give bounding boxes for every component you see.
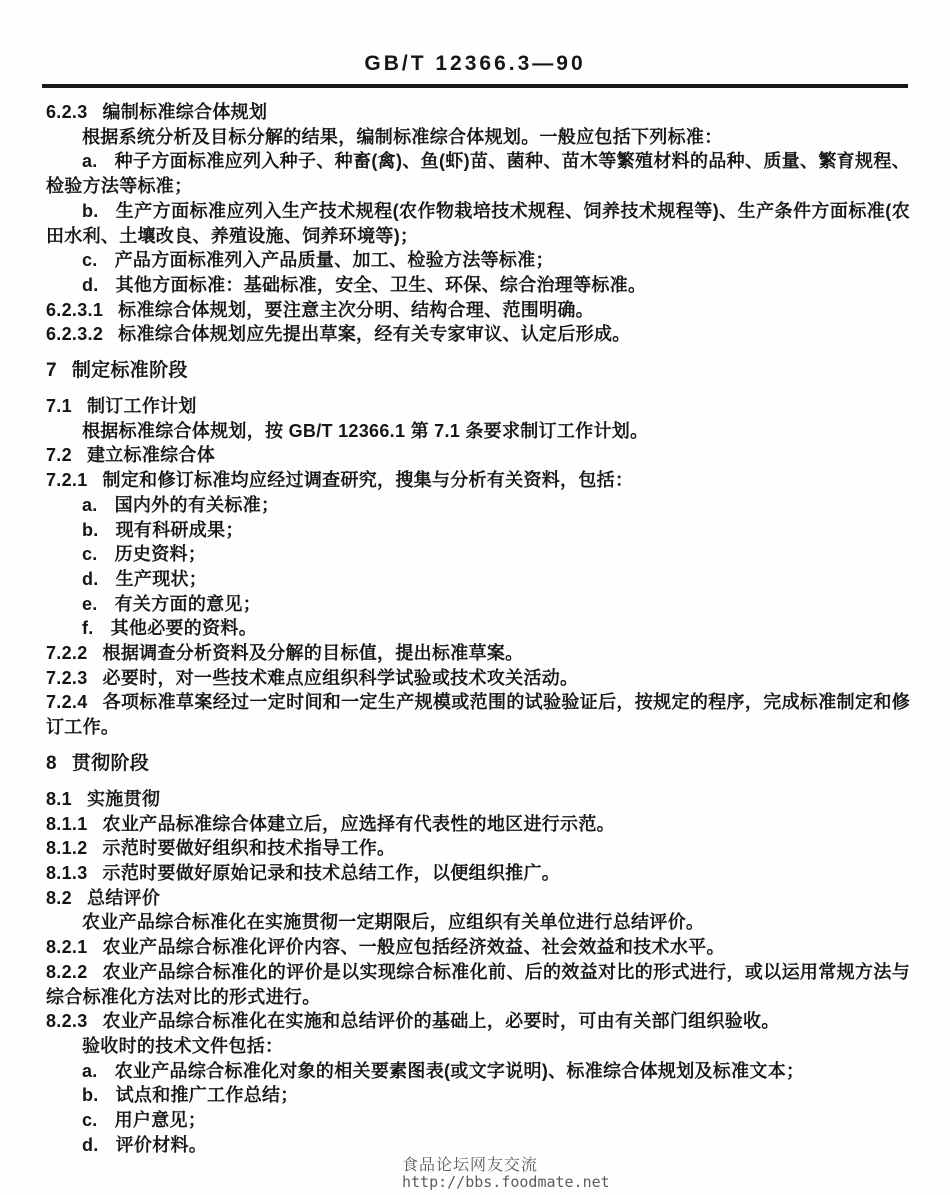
clause-title: 建立标准综合体 xyxy=(87,445,215,465)
list-item-text: 生产方面标准应列入生产技术规程(农作物栽培技术规程、饲养技术规程等)、生产条件方… xyxy=(46,201,910,246)
section-heading-number: 7 xyxy=(46,360,57,381)
list-item-label: d. xyxy=(82,569,99,589)
list-item: c.历史资料； xyxy=(46,542,910,567)
clause-number: 8.2.3 xyxy=(46,1011,88,1031)
watermark-site-name: 食品论坛网友交流 xyxy=(402,1157,610,1174)
clause-text: 必要时，对一些技术难点应组织科学试验或技术攻关活动。 xyxy=(103,668,579,688)
clause-text: 各项标准草案经过一定时间和一定生产规模或范围的试验验证后，按规定的程序，完成标准… xyxy=(46,692,910,737)
clause-text: 农业产品标准综合体建立后，应选择有代表性的地区进行示范。 xyxy=(103,814,615,834)
list-item: b.试点和推广工作总结； xyxy=(46,1083,910,1108)
clause-text: 示范时要做好原始记录和技术总结工作，以便组织推广。 xyxy=(103,863,561,883)
section-heading-title: 贯彻阶段 xyxy=(72,753,149,774)
list-item-label: a. xyxy=(82,1061,98,1081)
list-item: b.现有科研成果； xyxy=(46,518,910,543)
clause-paragraph: 7.2.3必要时，对一些技术难点应组织科学试验或技术攻关活动。 xyxy=(46,666,910,691)
clause-heading: 7.2建立标准综合体 xyxy=(46,443,910,468)
paragraph: 根据系统分析及目标分解的结果，编制标准综合体规划。一般应包括下列标准： xyxy=(46,125,910,150)
list-item-text: 生产现状； xyxy=(116,569,208,589)
clause-number: 8.2.2 xyxy=(46,962,88,982)
list-item-text: 用户意见； xyxy=(115,1110,207,1130)
list-item: c.产品方面标准列入产品质量、加工、检验方法等标准； xyxy=(46,248,910,273)
section-heading: 7制定标准阶段 xyxy=(46,358,910,383)
list-item: a.农业产品综合标准化对象的相关要素图表(或文字说明)、标准综合体规划及标准文本… xyxy=(46,1059,910,1084)
paragraph: 根据标准综合体规划，按 GB/T 12366.1 第 7.1 条要求制订工作计划… xyxy=(46,419,910,444)
list-item-label: a. xyxy=(82,495,98,515)
clause-paragraph: 8.1.3示范时要做好原始记录和技术总结工作，以便组织推广。 xyxy=(46,861,910,886)
clause-number: 7.2.4 xyxy=(46,692,88,712)
clause-number: 8.1.3 xyxy=(46,863,88,883)
list-item-text: 其他必要的资料。 xyxy=(111,618,257,638)
clause-number: 6.2.3.1 xyxy=(46,300,103,320)
clause-paragraph: 8.1.2示范时要做好组织和技术指导工作。 xyxy=(46,836,910,861)
list-item-text: 试点和推广工作总结； xyxy=(116,1085,299,1105)
paragraph: 农业产品综合标准化在实施贯彻一定期限后，应组织有关单位进行总结评价。 xyxy=(46,910,910,935)
list-item-text: 农业产品综合标准化对象的相关要素图表(或文字说明)、标准综合体规划及标准文本； xyxy=(115,1061,805,1081)
clause-paragraph: 7.2.2根据调查分析资料及分解的目标值，提出标准草案。 xyxy=(46,641,910,666)
clause-number: 6.2.3.2 xyxy=(46,324,103,344)
paragraph-text: 根据系统分析及目标分解的结果，编制标准综合体规划。一般应包括下列标准： xyxy=(82,127,723,147)
clause-heading: 8.2总结评价 xyxy=(46,886,910,911)
list-item-text: 种子方面标准应列入种子、种畜(禽)、鱼(虾)苗、菌种、苗木等繁殖材料的品种、质量… xyxy=(46,151,910,196)
list-item-text: 有关方面的意见； xyxy=(115,594,261,614)
list-item: a.国内外的有关标准； xyxy=(46,493,910,518)
list-item: b.生产方面标准应列入生产技术规程(农作物栽培技术规程、饲养技术规程等)、生产条… xyxy=(46,199,910,248)
section-heading-number: 8 xyxy=(46,753,57,774)
page-header: GB/T 12366.3—90 xyxy=(42,0,908,88)
list-item-label: c. xyxy=(82,250,98,270)
clause-paragraph: 7.2.4各项标准草案经过一定时间和一定生产规模或范围的试验验证后，按规定的程序… xyxy=(46,690,910,739)
watermark-url: http://bbs.foodmate.net xyxy=(402,1174,610,1190)
clause-title: 实施贯彻 xyxy=(87,789,160,809)
clause-number: 7.1 xyxy=(46,396,72,416)
clause-paragraph: 8.2.2农业产品综合标准化的评价是以实现综合标准化前、后的效益对比的形式进行，… xyxy=(46,960,910,1009)
clause-number: 8.2.1 xyxy=(46,937,88,957)
clause-number: 6.2.3 xyxy=(46,102,88,122)
paragraph-text: 验收时的技术文件包括： xyxy=(82,1036,283,1056)
clause-text: 标准综合体规划，要注意主次分明、结构合理、范围明确。 xyxy=(118,300,594,320)
standard-number: GB/T 12366.3—90 xyxy=(42,52,908,75)
list-item: f.其他必要的资料。 xyxy=(46,616,910,641)
section-heading: 8贯彻阶段 xyxy=(46,751,910,776)
watermark: 食品论坛网友交流 http://bbs.foodmate.net xyxy=(402,1157,610,1190)
clause-number: 8.2 xyxy=(46,888,72,908)
list-item-label: b. xyxy=(82,201,99,221)
list-item: d.评价材料。 xyxy=(46,1133,910,1158)
clause-text: 示范时要做好组织和技术指导工作。 xyxy=(103,838,396,858)
list-item-text: 其他方面标准：基础标准，安全、卫生、环保、综合治理等标准。 xyxy=(116,275,647,295)
list-item-text: 国内外的有关标准； xyxy=(115,495,280,515)
list-item-label: b. xyxy=(82,1085,99,1105)
clause-text: 标准综合体规划应先提出草案，经有关专家审议、认定后形成。 xyxy=(118,324,630,344)
list-item-label: d. xyxy=(82,275,99,295)
clause-title: 总结评价 xyxy=(87,888,160,908)
list-item-label: b. xyxy=(82,520,99,540)
clause-paragraph: 8.1.1农业产品标准综合体建立后，应选择有代表性的地区进行示范。 xyxy=(46,812,910,837)
list-item: e.有关方面的意见； xyxy=(46,592,910,617)
clause-paragraph: 6.2.3.2标准综合体规划应先提出草案，经有关专家审议、认定后形成。 xyxy=(46,322,910,347)
paragraph-text: 农业产品综合标准化在实施贯彻一定期限后，应组织有关单位进行总结评价。 xyxy=(82,912,704,932)
clause-text: 制定和修订标准均应经过调查研究，搜集与分析有关资料，包括： xyxy=(103,470,634,490)
list-item-label: f. xyxy=(82,618,94,638)
clause-text: 农业产品综合标准化的评价是以实现综合标准化前、后的效益对比的形式进行，或以运用常… xyxy=(46,962,910,1007)
list-item-label: d. xyxy=(82,1135,99,1155)
section-heading-title: 制定标准阶段 xyxy=(72,360,188,381)
document-page: GB/T 12366.3—90 6.2.3编制标准综合体规划根据系统分析及目标分… xyxy=(0,0,950,1195)
clause-title: 制订工作计划 xyxy=(87,396,197,416)
list-item-text: 历史资料； xyxy=(115,544,207,564)
document-body: 6.2.3编制标准综合体规划根据系统分析及目标分解的结果，编制标准综合体规划。一… xyxy=(46,88,910,1157)
clause-number: 8.1 xyxy=(46,789,72,809)
clause-number: 7.2.1 xyxy=(46,470,88,490)
clause-heading: 7.1制订工作计划 xyxy=(46,394,910,419)
clause-number: 7.2.3 xyxy=(46,668,88,688)
clause-number: 7.2 xyxy=(46,445,72,465)
clause-text: 农业产品综合标准化在实施和总结评价的基础上，必要时，可由有关部门组织验收。 xyxy=(103,1011,780,1031)
clause-paragraph: 7.2.1制定和修订标准均应经过调查研究，搜集与分析有关资料，包括： xyxy=(46,468,910,493)
list-item-label: c. xyxy=(82,544,98,564)
clause-paragraph: 6.2.3.1标准综合体规划，要注意主次分明、结构合理、范围明确。 xyxy=(46,298,910,323)
paragraph: 验收时的技术文件包括： xyxy=(46,1034,910,1059)
clause-text: 根据调查分析资料及分解的目标值，提出标准草案。 xyxy=(103,643,524,663)
list-item: d.其他方面标准：基础标准，安全、卫生、环保、综合治理等标准。 xyxy=(46,273,910,298)
list-item-text: 产品方面标准列入产品质量、加工、检验方法等标准； xyxy=(115,250,554,270)
clause-text: 农业产品综合标准化评价内容、一般应包括经济效益、社会效益和技术水平。 xyxy=(103,937,725,957)
clause-paragraph: 8.2.1农业产品综合标准化评价内容、一般应包括经济效益、社会效益和技术水平。 xyxy=(46,935,910,960)
list-item: c.用户意见； xyxy=(46,1108,910,1133)
list-item: a.种子方面标准应列入种子、种畜(禽)、鱼(虾)苗、菌种、苗木等繁殖材料的品种、… xyxy=(46,149,910,198)
clause-heading: 8.1实施贯彻 xyxy=(46,787,910,812)
list-item-label: e. xyxy=(82,594,98,614)
list-item: d.生产现状； xyxy=(46,567,910,592)
clause-paragraph: 8.2.3农业产品综合标准化在实施和总结评价的基础上，必要时，可由有关部门组织验… xyxy=(46,1009,910,1034)
list-item-text: 评价材料。 xyxy=(116,1135,208,1155)
clause-number: 8.1.1 xyxy=(46,814,88,834)
clause-number: 7.2.2 xyxy=(46,643,88,663)
list-item-text: 现有科研成果； xyxy=(116,520,244,540)
clause-heading: 6.2.3编制标准综合体规划 xyxy=(46,100,910,125)
list-item-label: c. xyxy=(82,1110,98,1130)
paragraph-text: 根据标准综合体规划，按 GB/T 12366.1 第 7.1 条要求制订工作计划… xyxy=(82,421,648,441)
list-item-label: a. xyxy=(82,151,98,171)
clause-title: 编制标准综合体规划 xyxy=(103,102,268,122)
clause-number: 8.1.2 xyxy=(46,838,88,858)
